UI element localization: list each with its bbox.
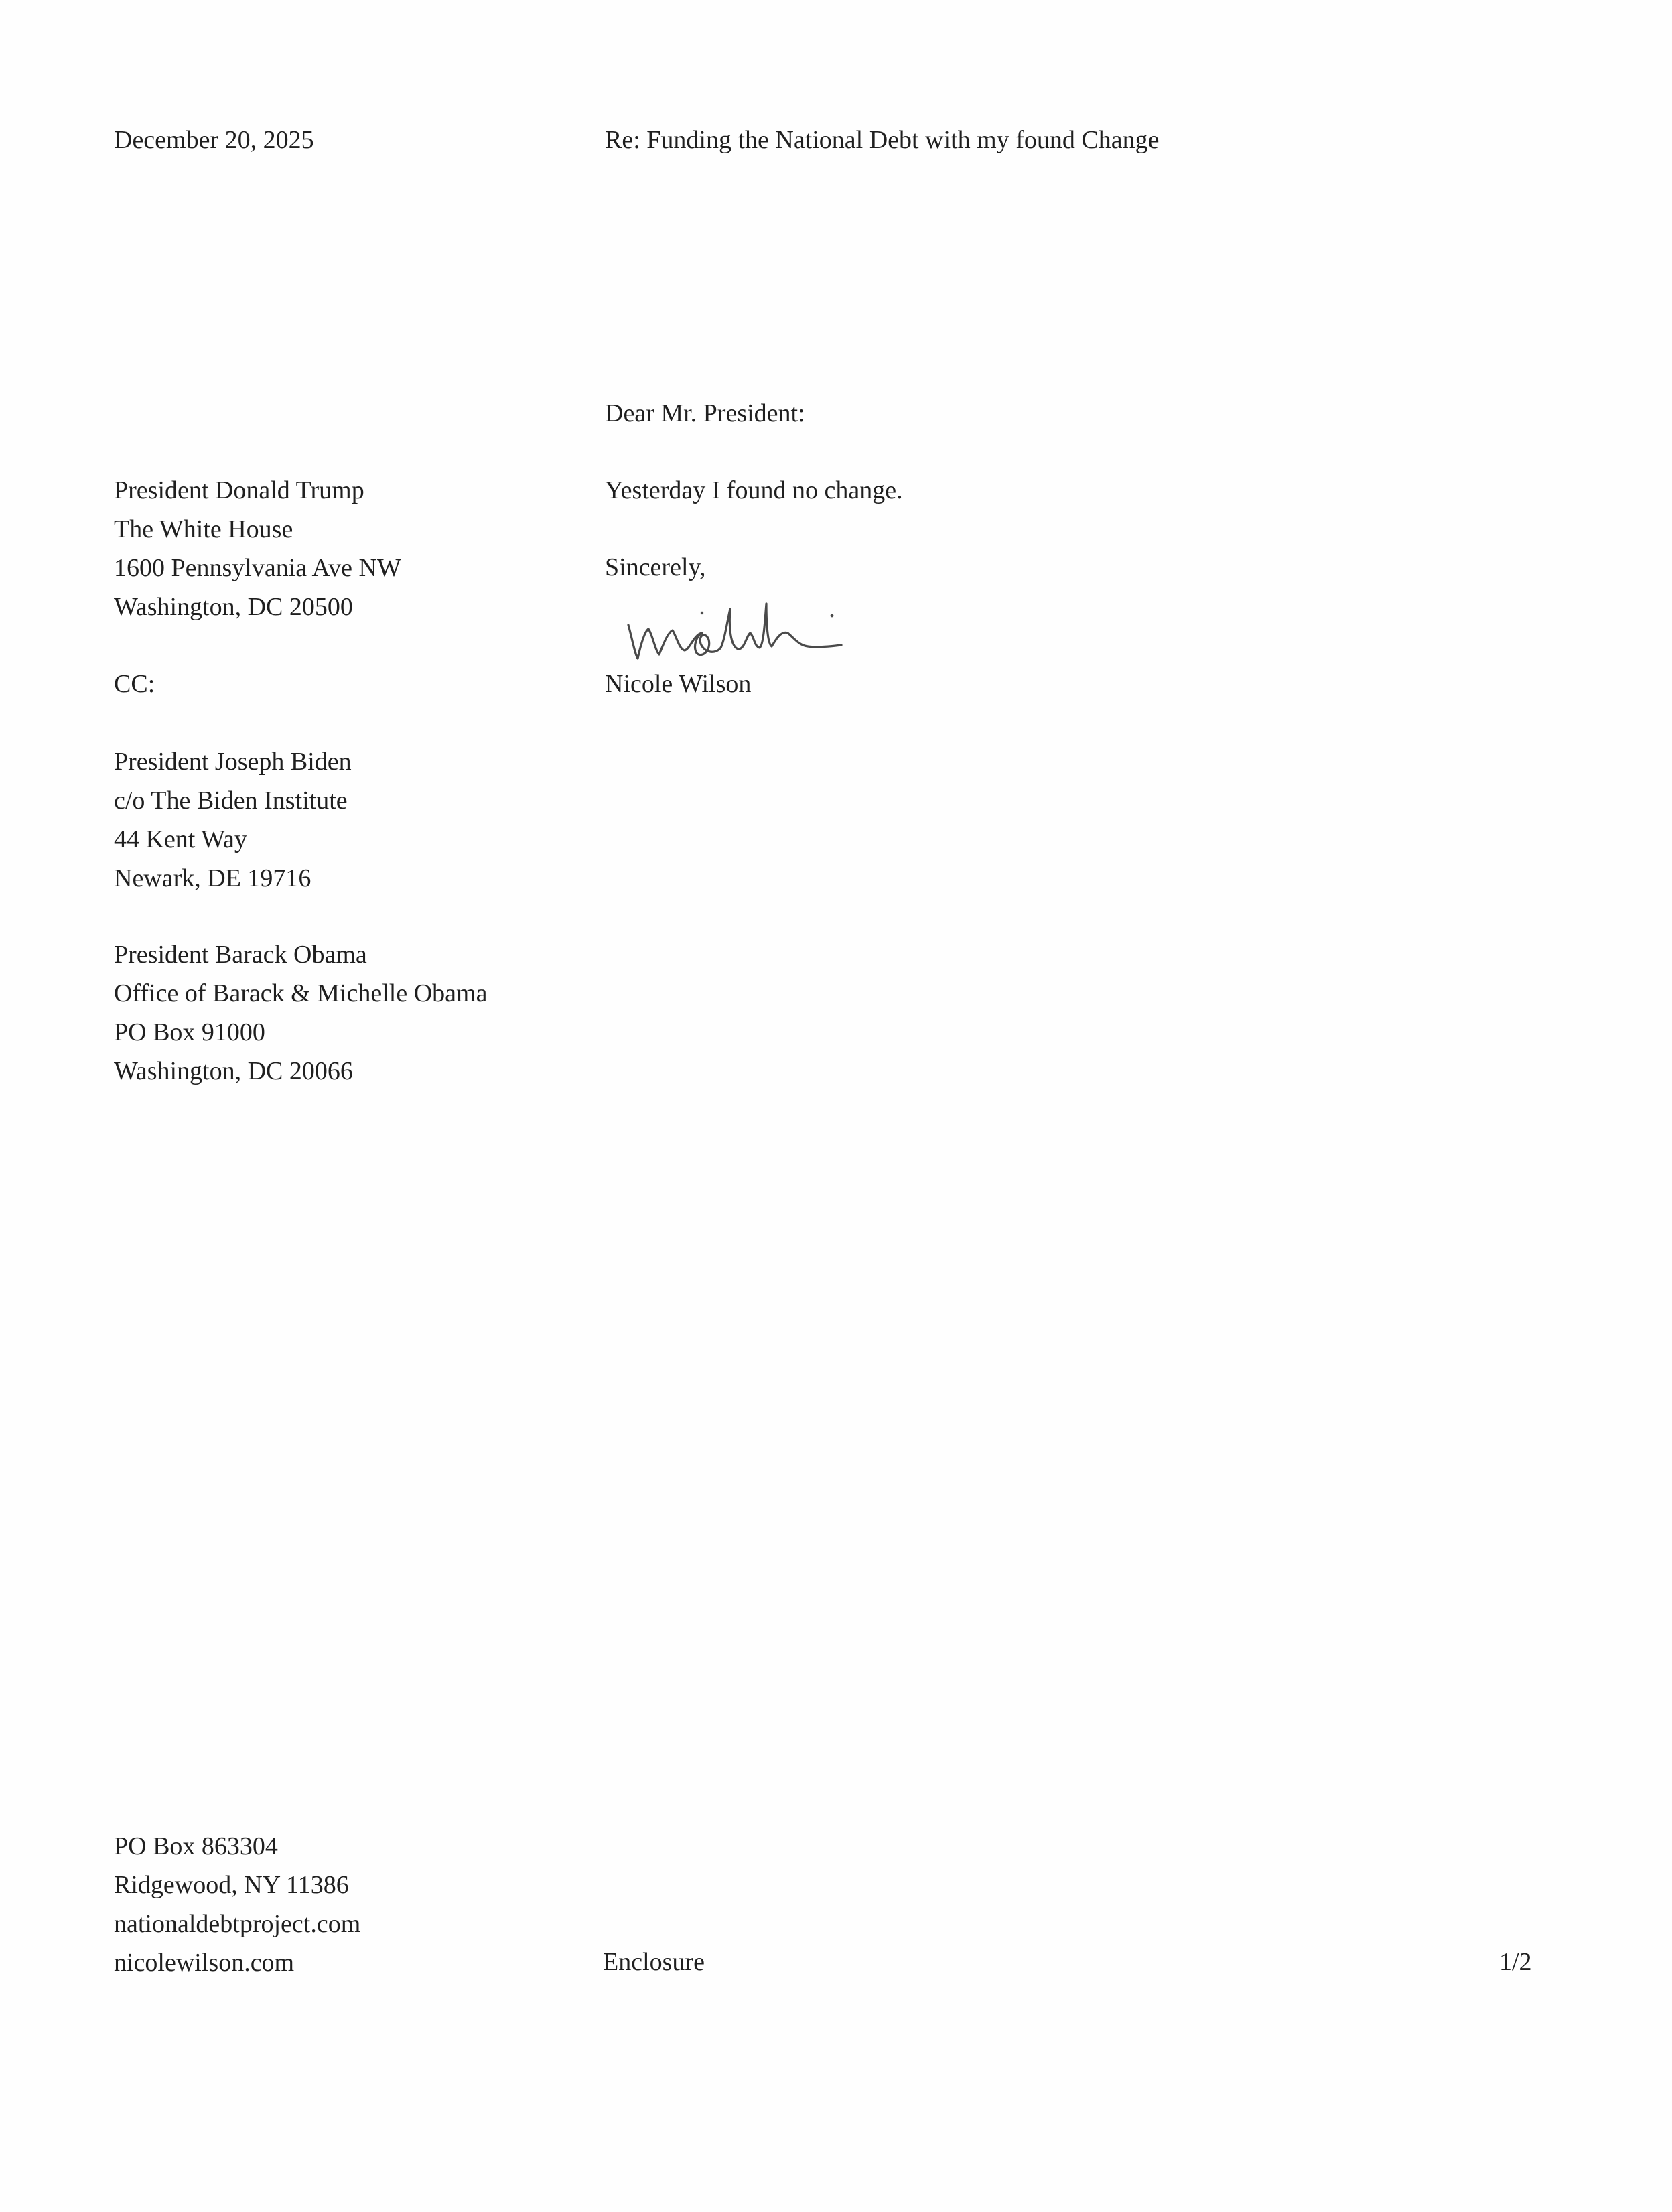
signer-name: Nicole Wilson	[605, 665, 751, 703]
closing: Sincerely,	[605, 548, 706, 587]
address-line: President Joseph Biden	[114, 742, 352, 781]
letter-page: December 20, 2025 Re: Funding the Nation…	[0, 0, 1672, 2212]
address-line: c/o The Biden Institute	[114, 781, 352, 820]
sender-website: nationaldebtproject.com	[114, 1905, 360, 1943]
letter-subject: Re: Funding the National Debt with my fo…	[605, 121, 1159, 159]
cc-address: President Joseph Biden c/o The Biden Ins…	[114, 742, 352, 898]
address-line: 1600 Pennsylvania Ave NW	[114, 549, 401, 587]
recipient-address: President Donald Trump The White House 1…	[114, 471, 401, 626]
address-line: President Barack Obama	[114, 935, 487, 974]
address-line: 44 Kent Way	[114, 820, 352, 859]
address-line: PO Box 91000	[114, 1013, 487, 1052]
enclosure-note: Enclosure	[603, 1943, 705, 1982]
sender-footer: PO Box 863304 Ridgewood, NY 11386 nation…	[114, 1827, 360, 1982]
address-line: Washington, DC 20066	[114, 1052, 487, 1091]
salutation: Dear Mr. President:	[605, 394, 805, 433]
sender-line: PO Box 863304	[114, 1827, 360, 1866]
address-line: President Donald Trump	[114, 471, 401, 510]
cc-address: President Barack Obama Office of Barack …	[114, 935, 487, 1091]
address-line: The White House	[114, 510, 401, 549]
address-line: Washington, DC 20500	[114, 587, 401, 626]
address-line: Newark, DE 19716	[114, 859, 352, 898]
letter-body: Yesterday I found no change.	[605, 471, 903, 510]
sender-website: nicolewilson.com	[114, 1943, 360, 1982]
page-number: 1/2	[1499, 1943, 1532, 1982]
sender-line: Ridgewood, NY 11386	[114, 1866, 360, 1905]
cc-label: CC:	[114, 665, 155, 703]
letter-date: December 20, 2025	[114, 121, 314, 159]
signature-image	[623, 593, 878, 667]
address-line: Office of Barack & Michelle Obama	[114, 974, 487, 1013]
